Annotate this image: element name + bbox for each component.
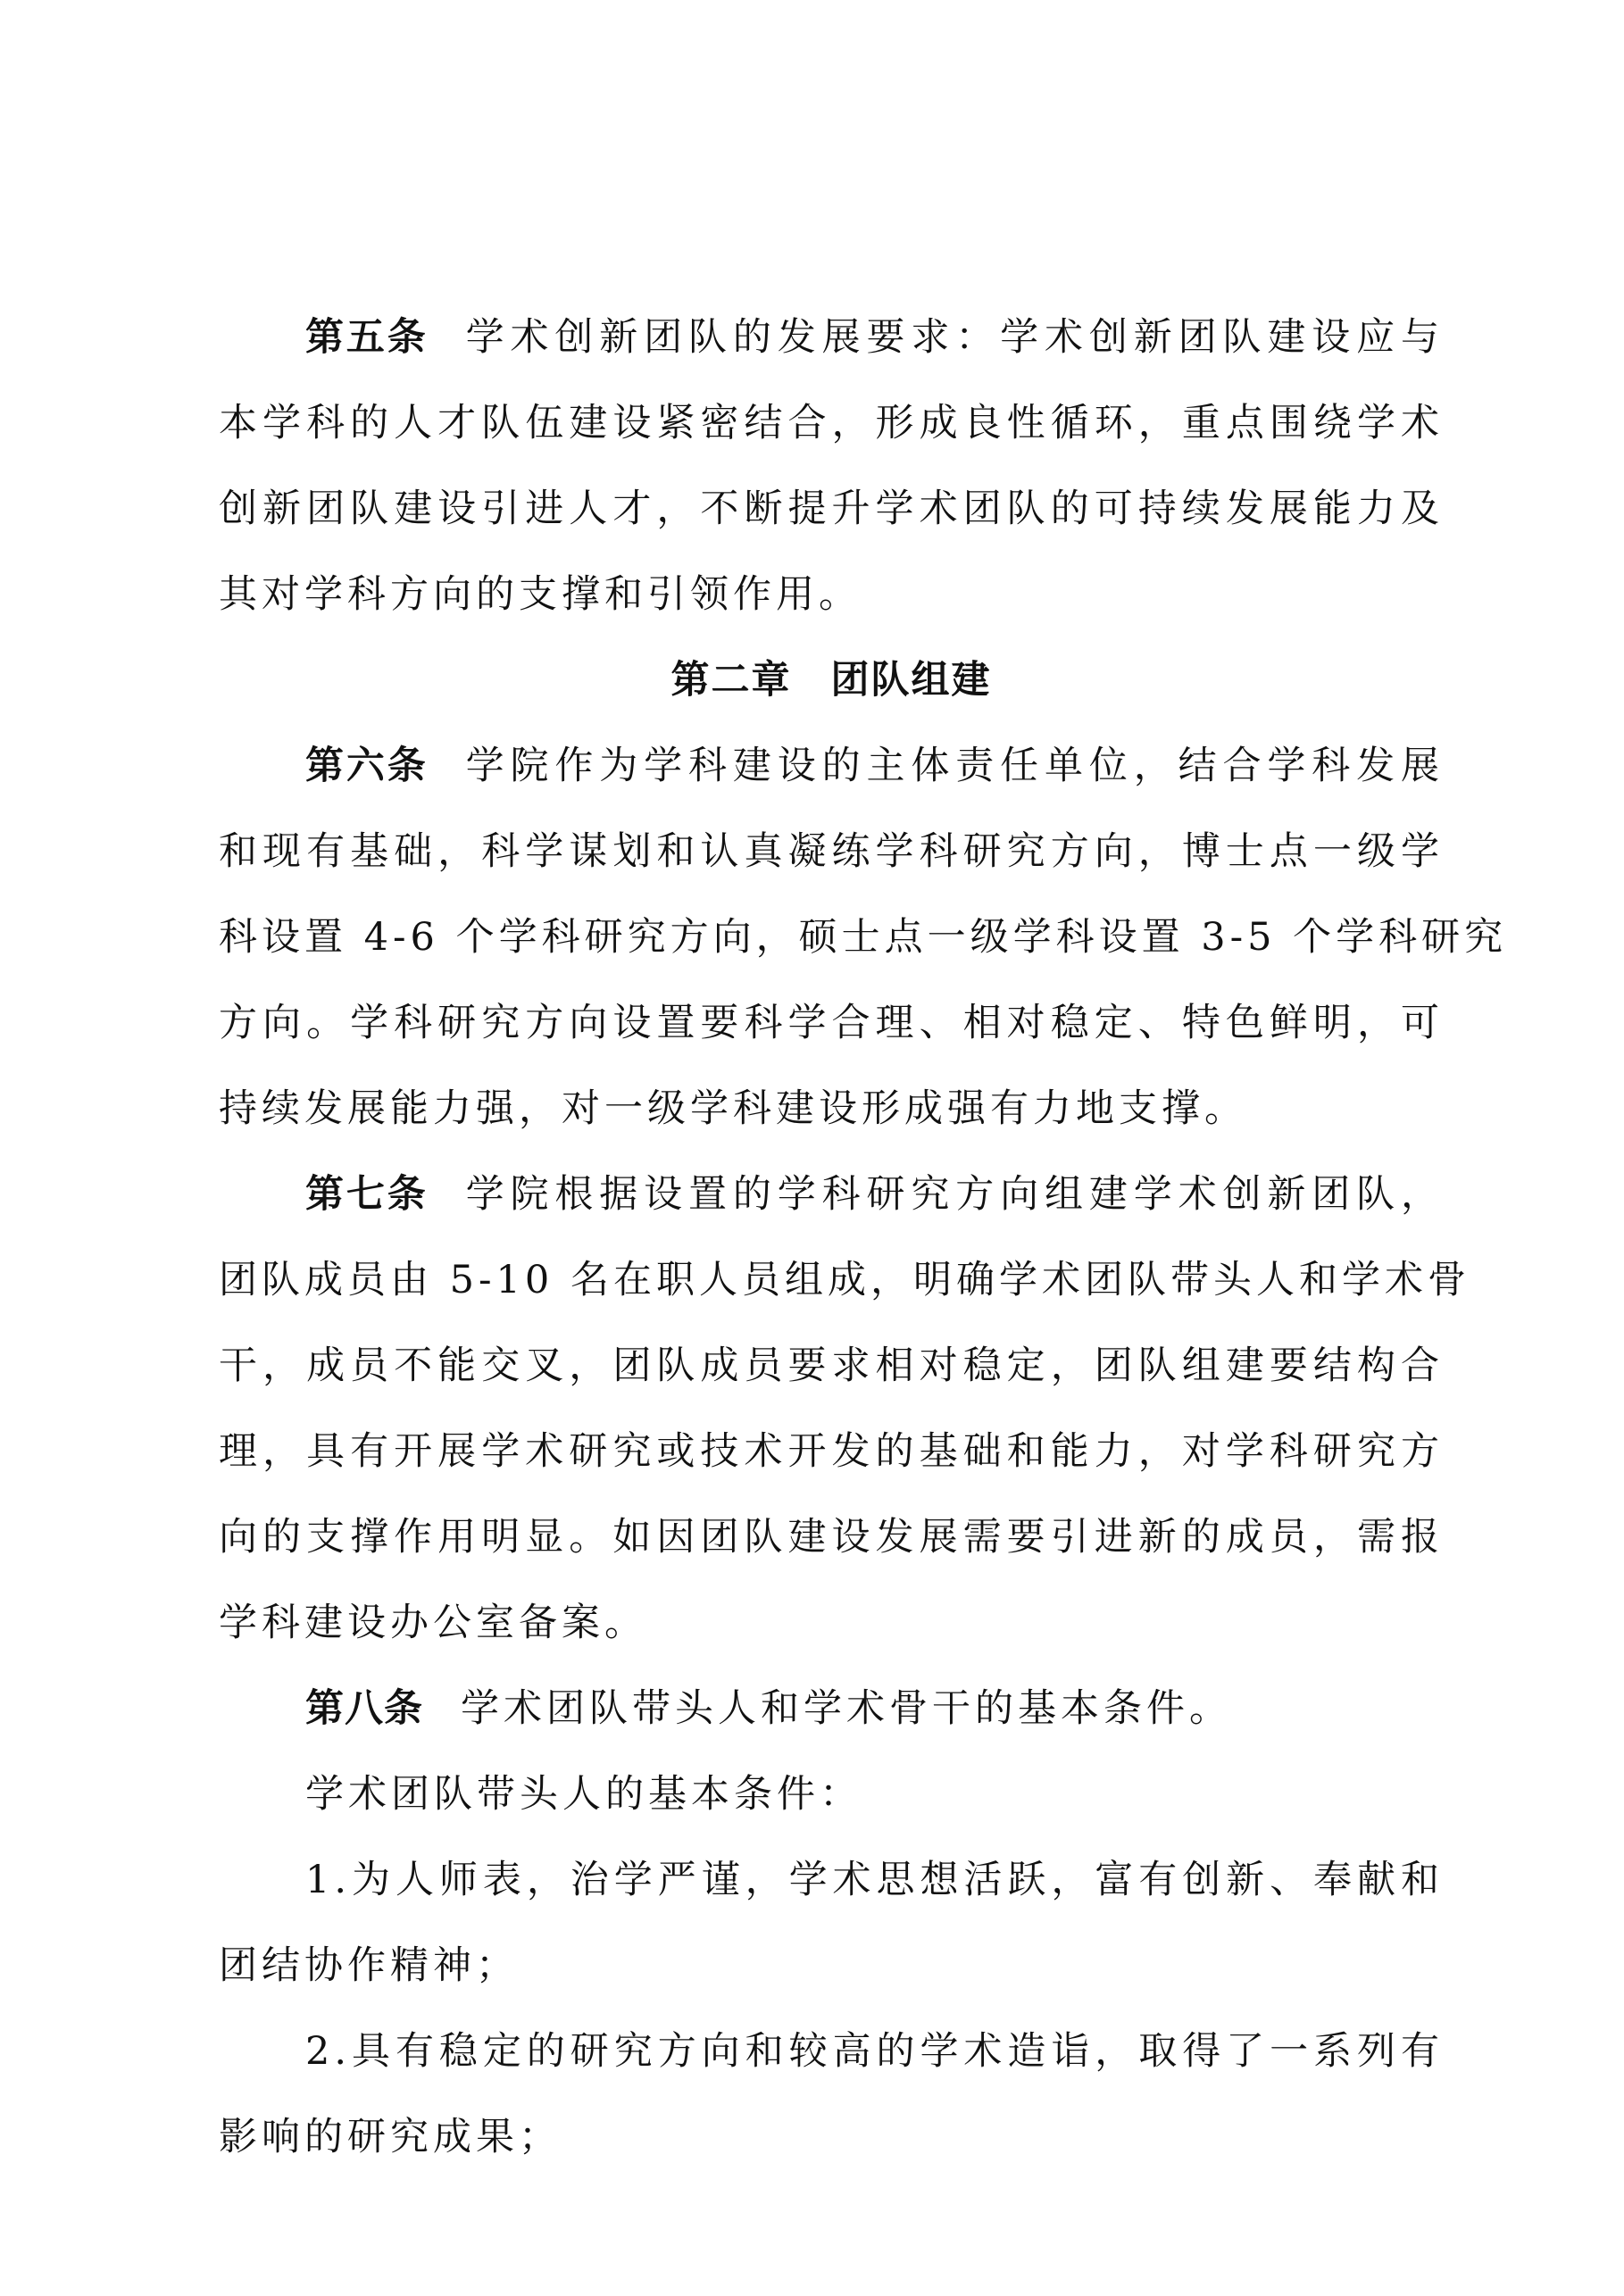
article-8-line-1: 第八条学术团队带头人和学术骨干的基本条件。 xyxy=(219,1666,1444,1751)
article-5-line-2: 本学科的人才队伍建设紧密结合，形成良性循环，重点围绕学术 xyxy=(219,380,1444,466)
condition-2-line-1: 2.具有稳定的研究方向和较高的学术造诣，取得了一系列有 xyxy=(219,2009,1444,2094)
article-7-line-2: 团队成员由 5-10 名在职人员组成，明确学术团队带头人和学术骨 xyxy=(219,1237,1444,1323)
article-7-text: 学院根据设置的学科研究方向组建学术创新团队， xyxy=(466,1172,1444,1217)
article-7-line-6: 学科建设办公室备案。 xyxy=(219,1580,1444,1666)
article-6-line-4: 方向。学科研究方向设置要科学合理、相对稳定、特色鲜明，可 xyxy=(219,980,1444,1066)
article-8-text: 学术团队带头人和学术骨干的基本条件。 xyxy=(461,1686,1232,1731)
chapter-number: 第二章 xyxy=(671,658,792,703)
article-6-line-1: 第六条学院作为学科建设的主体责任单位，结合学科发展 xyxy=(219,723,1444,809)
leader-conditions-intro: 学术团队带头人的基本条件： xyxy=(219,1751,1444,1837)
chapter-heading: 第二章团队组建 xyxy=(219,637,1444,723)
article-7-line-1: 第七条学院根据设置的学科研究方向组建学术创新团队， xyxy=(219,1152,1444,1237)
article-5-label: 第五条 xyxy=(305,315,429,360)
article-6-text: 学院作为学科建设的主体责任单位，结合学科发展 xyxy=(466,744,1444,788)
article-7-line-4: 理，具有开展学术研究或技术开发的基础和能力，对学科研究方 xyxy=(219,1409,1444,1494)
document-page: 第五条学术创新团队的发展要求：学术创新团队建设应与 本学科的人才队伍建设紧密结合… xyxy=(219,295,1444,2180)
article-6-line-2: 和现有基础，科学谋划和认真凝练学科研究方向，博士点一级学 xyxy=(219,809,1444,894)
article-8-label: 第八条 xyxy=(305,1686,423,1731)
article-6-line-3: 科设置 4-6 个学科研究方向，硕士点一级学科设置 3-5 个学科研究 xyxy=(219,894,1444,980)
article-5-line-4: 其对学科方向的支撑和引领作用。 xyxy=(219,552,1444,637)
condition-1-line-2: 团结协作精神； xyxy=(219,1923,1444,2009)
chapter-title: 团队组建 xyxy=(831,658,992,703)
article-7-label: 第七条 xyxy=(305,1172,429,1217)
article-6-line-5: 持续发展能力强，对一级学科建设形成强有力地支撑。 xyxy=(219,1066,1444,1152)
article-6-label: 第六条 xyxy=(305,744,429,788)
article-5-line-3: 创新团队建设引进人才，不断提升学术团队的可持续发展能力及 xyxy=(219,466,1444,552)
article-5-text: 学术创新团队的发展要求：学术创新团队建设应与 xyxy=(466,315,1444,360)
article-7-line-5: 向的支撑作用明显。如因团队建设发展需要引进新的成员，需报 xyxy=(219,1494,1444,1580)
article-7-line-3: 干，成员不能交叉，团队成员要求相对稳定，团队组建要结构合 xyxy=(219,1323,1444,1409)
article-5-line-1: 第五条学术创新团队的发展要求：学术创新团队建设应与 xyxy=(219,295,1444,380)
condition-1-line-1: 1.为人师表，治学严谨，学术思想活跃，富有创新、奉献和 xyxy=(219,1837,1444,1923)
condition-2-line-2: 影响的研究成果； xyxy=(219,2094,1444,2180)
